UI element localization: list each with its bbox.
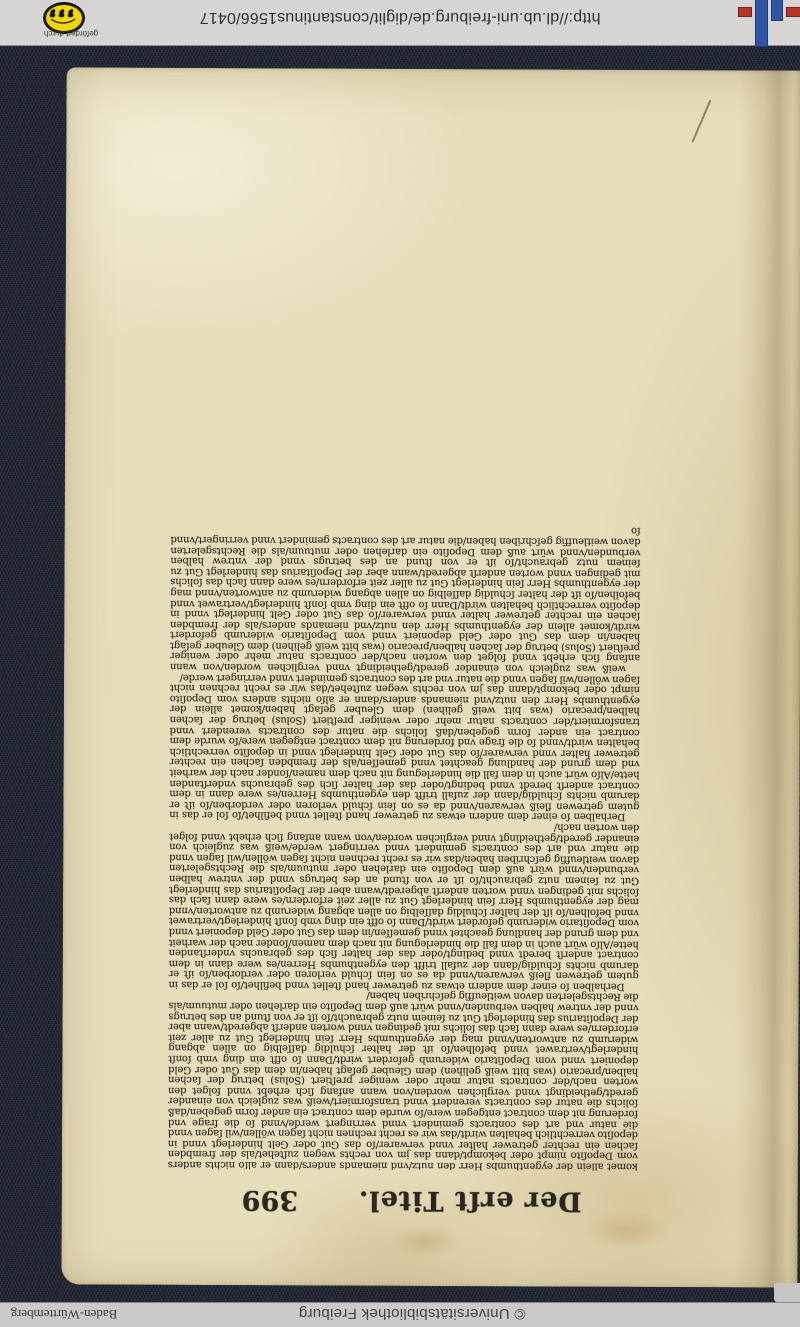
page-heading-row: Der erſt Titel. 399 <box>168 1169 638 1217</box>
page-number: 399 <box>242 1184 299 1215</box>
body-paragraph: weiß was zugleich von einander geredt/ge… <box>170 523 641 673</box>
ub-logo-blue-bar-icon <box>771 0 783 21</box>
body-paragraph: komet allein der eygenthumbs Herr den nu… <box>168 989 639 1171</box>
copyright-label: © Universitätsbibliothek Freiburg <box>252 1305 572 1322</box>
page-content: Der erſt Titel. 399 komet allein der eyg… <box>168 218 642 1217</box>
body-text-block: komet allein der eygenthumbs Herr den nu… <box>168 225 642 1171</box>
body-paragraph: Derhalben ſo einer dem andern etwas zu g… <box>169 819 640 991</box>
ub-logo-blue-bar-icon <box>755 0 768 47</box>
document-url: http://dl.ub.uni-freiburg.de/diglit/cons… <box>0 8 800 26</box>
scratch-mark <box>691 100 711 143</box>
header-bar: gefördert durch http://dl.ub.uni-freibur… <box>0 0 800 46</box>
ub-logo-red-bar-icon <box>738 7 752 17</box>
region-label: Baden-Württemberg <box>8 1306 120 1322</box>
page-heading: Der erſt Titel. <box>358 1185 582 1217</box>
scanner-edge-tab <box>774 1283 800 1302</box>
page-gutter-shadow <box>733 70 800 1287</box>
scanned-page: Der erſt Titel. 399 komet allein der eyg… <box>61 67 800 1287</box>
scan-viewport: gefördert durch http://dl.ub.uni-freibur… <box>0 0 800 1327</box>
footer-bar: Baden-Württemberg © Universitätsbiblioth… <box>0 1302 800 1327</box>
ub-freiburg-logo-icon <box>738 0 800 48</box>
ub-logo-red-bar-icon <box>786 7 800 17</box>
body-paragraph: Derhalben ſo einer dem andern etwas zu g… <box>169 671 640 821</box>
funding-credit-label: gefördert durch <box>28 29 114 38</box>
paper-stain <box>391 1224 461 1258</box>
